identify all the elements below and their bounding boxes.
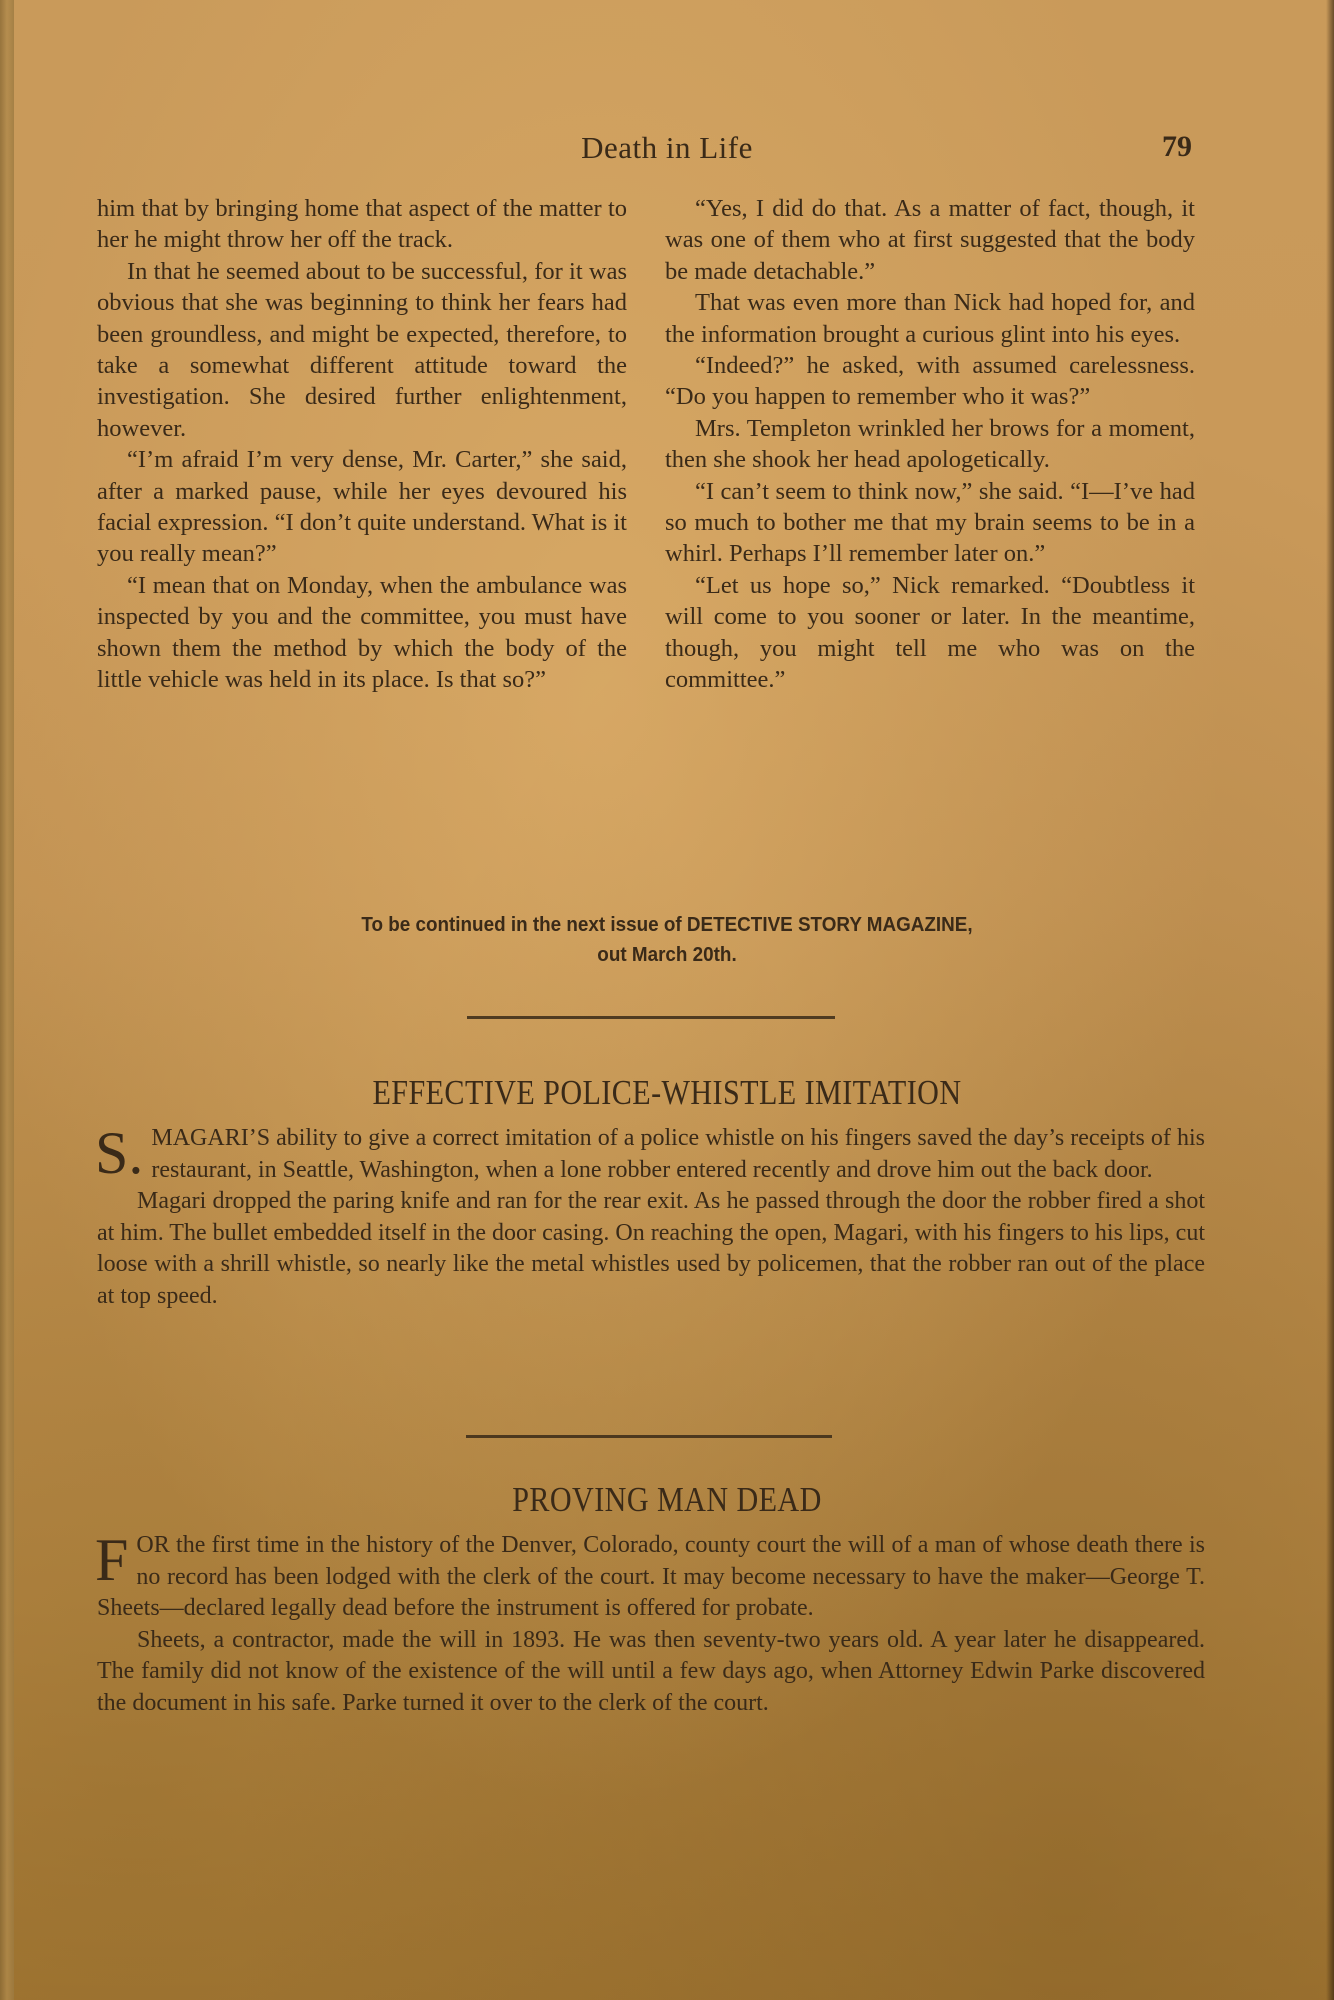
lead-paragraph: S.MAGARI’S ability to give a correct imi… — [97, 1123, 1205, 1186]
right-column: “Yes, I did do that. As a matter of fact… — [665, 193, 1195, 696]
paragraph: “Let us hope so,” Nick remarked. “Doubtl… — [665, 570, 1195, 696]
section-divider — [466, 1435, 832, 1438]
section-divider — [467, 1016, 835, 1019]
paragraph: him that by bringing home that aspect of… — [97, 193, 627, 256]
paragraph: In that he seemed about to be successful… — [97, 256, 627, 444]
article-headline: EFFECTIVE POLICE-WHISTLE IMITATION — [93, 1073, 1240, 1113]
article-body: S.MAGARI’S ability to give a correct imi… — [97, 1123, 1205, 1312]
magazine-page: Death in Life 79 him that by bringing ho… — [0, 0, 1334, 2000]
page-number: 79 — [1162, 130, 1192, 164]
running-header: Death in Life 79 — [0, 130, 1334, 170]
article-headline: PROVING MAN DEAD — [93, 1480, 1240, 1520]
lead-text: MAGARI’S ability to give a correct imita… — [151, 1125, 1205, 1183]
lead-text: OR the first time in the history of the … — [97, 1532, 1205, 1621]
page-right-edge — [1326, 0, 1334, 2000]
paragraph: Sheets, a contractor, made the will in 1… — [97, 1625, 1205, 1720]
page-spine-edge — [0, 0, 14, 2000]
running-title: Death in Life — [0, 130, 1334, 166]
left-column: him that by bringing home that aspect of… — [97, 193, 627, 696]
paragraph: “Yes, I did do that. As a matter of fact… — [665, 193, 1195, 287]
story-columns: him that by bringing home that aspect of… — [97, 193, 1195, 696]
paragraph: That was even more than Nick had hoped f… — [665, 287, 1195, 350]
continued-notice-line1: To be continued in the next issue of DET… — [53, 910, 1280, 940]
paragraph: Mrs. Templeton wrinkled her brows for a … — [665, 413, 1195, 476]
lead-paragraph: FOR the first time in the history of the… — [97, 1530, 1205, 1625]
drop-cap: S. — [95, 1127, 143, 1179]
continued-notice: To be continued in the next issue of DET… — [53, 910, 1280, 970]
paragraph: “I mean that on Monday, when the ambulan… — [97, 570, 627, 696]
paragraph: Magari dropped the paring knife and ran … — [97, 1186, 1205, 1312]
paragraph: “I’m afraid I’m very dense, Mr. Carter,”… — [97, 444, 627, 570]
article-body: FOR the first time in the history of the… — [97, 1530, 1205, 1719]
paragraph: “I can’t seem to think now,” she said. “… — [665, 476, 1195, 570]
drop-cap: F — [95, 1534, 128, 1586]
paragraph: “Indeed?” he asked, with assumed careles… — [665, 350, 1195, 413]
continued-notice-line2: out March 20th. — [53, 940, 1280, 970]
